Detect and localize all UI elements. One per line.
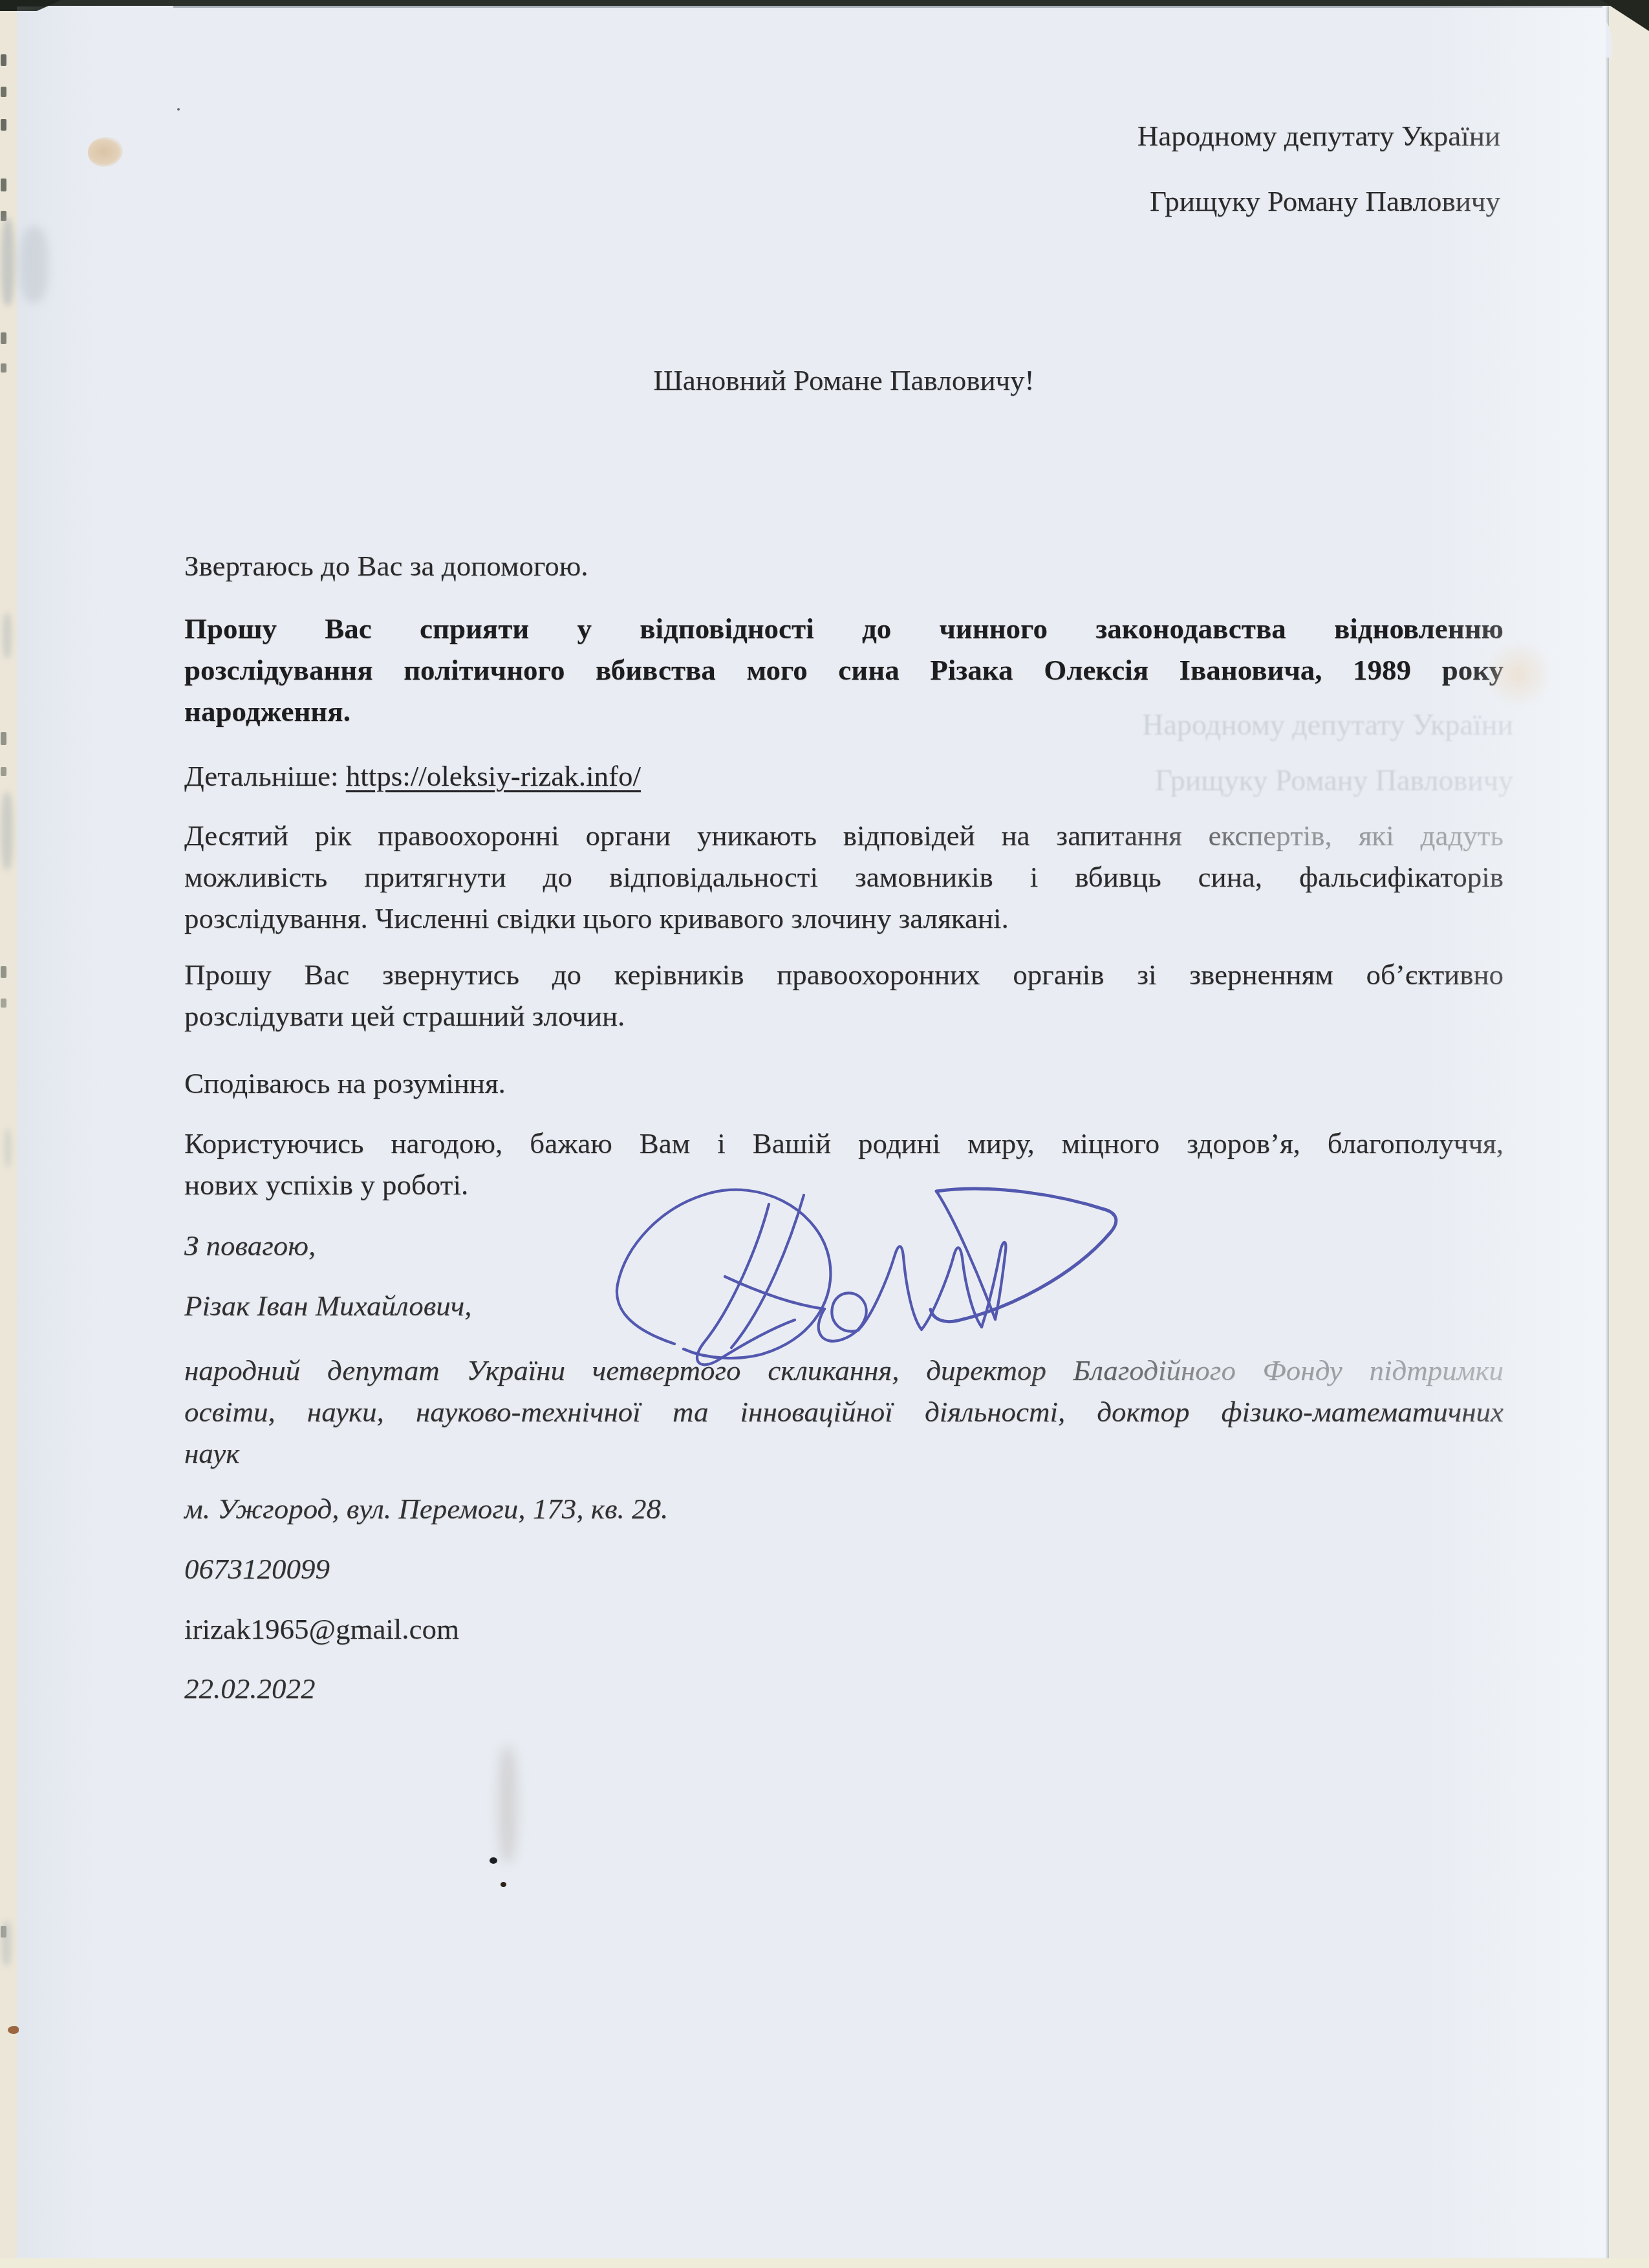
paper-speck (501, 1882, 506, 1887)
paragraph-hope: Сподіваюсь на розуміння. (184, 1063, 1503, 1104)
letter-date: 22.02.2022 (184, 1668, 1503, 1709)
paper-smudge (498, 1746, 517, 1863)
appeal-line: розслідувати цей страшний злочин. (184, 995, 1503, 1037)
edge-smudge (4, 1129, 12, 1167)
handwritten-signature (598, 1181, 1141, 1375)
scanner-edge-right (1609, 0, 1649, 2258)
edge-smudge (19, 226, 48, 303)
paragraph-details: Детальніше: https://oleksiy-rizak.info/ (184, 755, 1503, 797)
signer-email: irizak1965@gmail.com (184, 1608, 1503, 1650)
edge-tick (1, 178, 6, 191)
investigation-line: можливість притягнути до відповідальност… (184, 856, 1503, 898)
paper-speck (490, 1857, 497, 1864)
request-line: народження. (184, 691, 1503, 732)
wishes-line: Користуючись нагодою, бажаю Вам і Вашій … (184, 1123, 1503, 1164)
edge-tick (1, 332, 6, 344)
paper-rounded-corner (1560, 6, 1611, 58)
paragraph-investigation: Десятий рік правоохоронні органи уникают… (184, 815, 1503, 939)
scan-vignette (17, 6, 101, 2258)
edge-tick (1, 87, 6, 97)
request-line: Прошу Вас сприяти у відповідності до чин… (184, 608, 1503, 649)
edge-tick (1, 119, 6, 131)
edge-tick (1, 966, 6, 978)
paper-stain (88, 137, 123, 167)
edge-smudge (1, 1921, 12, 1966)
appeal-line: Прошу Вас звернутись до керівників право… (184, 954, 1503, 995)
scanner-edge-top-line (173, 6, 1602, 8)
edge-smudge (3, 613, 12, 658)
signer-title-line: освіти, науки, науково-технічної та інно… (184, 1391, 1503, 1432)
salutation: Шановний Романе Павловичу! (184, 360, 1503, 401)
investigation-line: розслідування. Численні свідки цього кри… (184, 898, 1503, 939)
recipient-line: Народному депутату України (184, 115, 1503, 157)
details-link[interactable]: https://oleksiy-rizak.info/ (346, 760, 641, 792)
letter-body: Народному депутату України Грищуку Роман… (184, 115, 1503, 1709)
edge-tick (1, 363, 6, 373)
paper-stain (1481, 643, 1555, 705)
request-line: розслідування політичного вбивства мого … (184, 649, 1503, 691)
edge-tick (1, 732, 6, 745)
scanner-edge-top (0, 0, 1649, 6)
edge-smudge (1, 219, 14, 306)
scanner-edge-bottom (0, 2258, 1649, 2268)
paper-edge-shadow (1606, 6, 1609, 2258)
investigation-line: Десятий рік правоохоронні органи уникают… (184, 815, 1503, 856)
edge-tick (1, 767, 6, 776)
paragraph-request: Прошу Вас сприяти у відповідності до чин… (184, 608, 1503, 732)
signer-address: м. Ужгород, вул. Перемоги, 173, кв. 28. (184, 1488, 1503, 1529)
paragraph-intro: Звертаюсь до Вас за допомогою. (184, 545, 1503, 587)
signer-phone: 0673120099 (184, 1548, 1503, 1590)
details-label: Детальніше: (184, 760, 346, 792)
scanned-letter-page: Народному депутату України Грищуку Роман… (0, 0, 1649, 2268)
edge-tick (1, 54, 6, 66)
signer-title-line: наук (184, 1432, 1503, 1474)
paper-speck (177, 108, 180, 111)
signature-ink-strokes (617, 1189, 1116, 1365)
edge-tick (1, 999, 6, 1008)
edge-smudge (1, 792, 13, 870)
paragraph-appeal: Прошу Вас звернутись до керівників право… (184, 954, 1503, 1037)
recipient-line: Грищуку Роману Павловичу (184, 180, 1503, 222)
paper-speck (8, 2026, 19, 2034)
